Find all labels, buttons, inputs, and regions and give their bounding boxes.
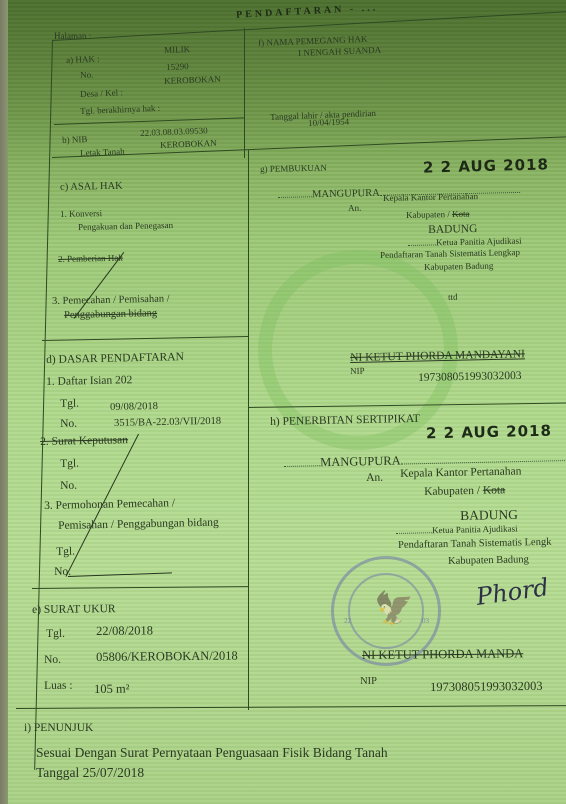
kabupaten-text: Kabupaten / — [406, 209, 452, 220]
official-name-text: NI KETUT PHORDA MANDA — [362, 646, 523, 662]
surat-ukur-no-value: 05806/KEROBOKAN/2018 — [96, 649, 238, 665]
desa-label: Desa / Kel : — [80, 87, 123, 99]
seal-number-right: 03 — [422, 617, 429, 625]
dotted-line — [284, 465, 320, 467]
pembukuan-nip-label: NIP — [350, 366, 365, 376]
pembukuan-label: g) PEMBUKUAN — [260, 163, 327, 174]
nib-label: b) NIB — [62, 134, 88, 145]
penerbitan-official-name: NI KETUT PHORDA MANDA — [362, 646, 523, 663]
dasar-item-2: 2. Surat Keputusan — [40, 434, 128, 448]
dasar-item-3-tgl: Tgl. — [56, 546, 75, 558]
penerbitan-role-1: Ketua Panitia Ajudikasi — [396, 523, 518, 536]
asal-hak-label: c) ASAL HAK — [60, 181, 123, 193]
pembukuan-role-1: Ketua Panitia Ajudikasi — [408, 236, 522, 248]
dasar-no-value: 3515/BA-22.03/VII/2018 — [114, 416, 221, 429]
rule-a-b — [54, 117, 244, 125]
dasar-item-2-tgl: Tgl. — [60, 458, 79, 470]
pemegang-hak-name: I NENGAH SUANDA — [298, 45, 381, 58]
penunjuk-line-2: Tanggal 25/07/2018 — [36, 765, 144, 781]
penerbitan-role-3: Kabupaten Badung — [448, 554, 529, 567]
role-1-text: Ketua Panitia Ajudikasi — [436, 236, 522, 248]
hak-no-label: No. — [80, 69, 94, 80]
dasar-item-2-text: 2. Surat Keputusan — [40, 434, 128, 448]
penerbitan-kabupaten: Kabupaten / Kota — [424, 484, 505, 498]
asal-hak-item-1-sub: Pengakuan dan Penegasan — [78, 220, 173, 232]
kabupaten-text: Kabupaten / — [424, 485, 483, 498]
letak-tanah-label: Letak Tanah — [80, 146, 125, 158]
rule-col-mid — [248, 150, 249, 710]
surat-ukur-tgl-value: 22/08/2018 — [96, 623, 153, 639]
form-title: PENDAFTARAN - ... — [236, 2, 379, 20]
penerbitan-role-2: Pendaftaran Tanah Sistematis Lengk — [398, 537, 552, 551]
dasar-tgl-value: 09/08/2018 — [110, 401, 158, 413]
penerbitan-office: Kepala Kantor Pertanahan — [400, 465, 522, 480]
dasar-item-1: 1. Daftar Isian 202 — [46, 374, 132, 388]
kota-text: Kota — [452, 209, 470, 219]
penerbitan-region: BADUNG — [460, 507, 518, 524]
pembukuan-place-text: MANGUPURA — [312, 188, 380, 200]
pembukuan-official-name: NI KETUT PHORDA MANDAYANI — [350, 348, 525, 364]
dasar-item-2-no: No. — [60, 480, 77, 492]
hak-label: a) HAK : — [66, 54, 100, 65]
dasar-item-3-line1: 3. Permohonan Pemecahan / — [44, 497, 175, 512]
rule-c-d — [42, 336, 248, 341]
penunjuk-label: i) PENUNJUK — [24, 722, 93, 734]
pembukuan-ttd: ttd — [448, 292, 458, 302]
asal-hak-item-2-text: 2. Pemberian Hak — [58, 253, 123, 264]
seal-number-left: 22 — [344, 617, 351, 625]
pembukuan-office: Kepala Kantor Pertanahan — [383, 191, 478, 203]
rule-col-top — [244, 28, 245, 158]
dotted-line — [278, 196, 312, 198]
role-1-text: Ketua Panitia Ajudikasi — [432, 523, 518, 535]
pembukuan-nip-value: 197308051993032003 — [418, 370, 522, 384]
dotted-line — [396, 532, 432, 534]
dasar-no-label: No. — [60, 418, 77, 430]
land-registration-form: PENDAFTARAN - ... Halaman : a) HAK : MIL… — [8, 0, 566, 804]
asal-hak-item-2: 2. Pemberian Hak — [58, 253, 123, 264]
surat-ukur-tgl-label: Tgl. — [46, 628, 65, 640]
desa-value: KEROBOKAN — [164, 74, 221, 86]
official-name-text: NI KETUT PHORDA MANDAYANI — [350, 348, 525, 364]
cancel-stroke-d-base — [68, 572, 172, 577]
pembukuan-an: An. — [348, 203, 361, 213]
pembukuan-region: BADUNG — [428, 223, 477, 236]
tgl-lahir-value: 10/04/1954 — [308, 116, 349, 128]
seal-inner-ring: 🦅 — [348, 573, 424, 649]
dotted-line — [401, 460, 566, 465]
dasar-item-3-line2: Pemisahan / Penggabungan bidang — [58, 517, 219, 532]
asal-hak-item-3-line2: Penggabungan bidang — [64, 308, 157, 321]
hak-value: MILIK — [164, 44, 190, 55]
tgl-berakhir-label: Tgl. berakhirnya hak : — [80, 103, 160, 116]
penerbitan-nip-value: 197308051993032003 — [430, 679, 543, 695]
pembukuan-kabupaten: Kabupaten / Kota — [406, 209, 470, 220]
asal-hak-item-3-line1: 3. Pemecahan / Pemisahan / — [52, 294, 170, 307]
surat-ukur-label: e) SURAT UKUR — [32, 603, 116, 616]
rule-b-c — [52, 136, 566, 158]
penunjuk-line-1: Sesuai Dengan Surat Pernyataan Penguasaa… — [36, 745, 388, 761]
penerbitan-place-text: MANGUPURA — [320, 454, 401, 470]
penerbitan-an: An. — [366, 472, 383, 484]
dotted-line — [408, 244, 436, 246]
pembukuan-date-stamp: 2 2 AUG 2018 — [423, 155, 549, 176]
nib-value: 22.03.08.03.09530 — [140, 125, 208, 138]
letak-tanah-value: KEROBOKAN — [160, 138, 217, 150]
signature: Phord — [474, 573, 550, 611]
rule-e-i — [16, 705, 566, 709]
surat-ukur-luas-value: 105 m² — [94, 682, 130, 697]
surat-ukur-luas-label: Luas : — [44, 680, 73, 692]
dasar-pendaftaran-label: d) DASAR PENDAFTARAN — [46, 351, 184, 366]
asal-hak-item-1: 1. Konversi — [60, 208, 102, 219]
hak-no-value: 15290 — [166, 61, 189, 72]
shadow-overlay — [8, 0, 566, 170]
pembukuan-role-3: Kabupaten Badung — [424, 261, 493, 272]
rule-d-e — [32, 586, 248, 589]
penerbitan-date-stamp: 2 2 AUG 2018 — [426, 422, 552, 443]
pembukuan-role-2: Pendaftaran Tanah Sistematis Lengkap — [380, 247, 520, 260]
dasar-tgl-label: Tgl. — [60, 398, 79, 410]
garuda-emblem-icon: 🦅 — [374, 589, 414, 627]
penerbitan-nip-label: NIP — [360, 676, 377, 687]
surat-ukur-no-label: No. — [44, 654, 61, 666]
kota-text: Kota — [483, 484, 506, 496]
asal-hak-item-3-line2-text: Penggabungan bidang — [64, 308, 157, 321]
